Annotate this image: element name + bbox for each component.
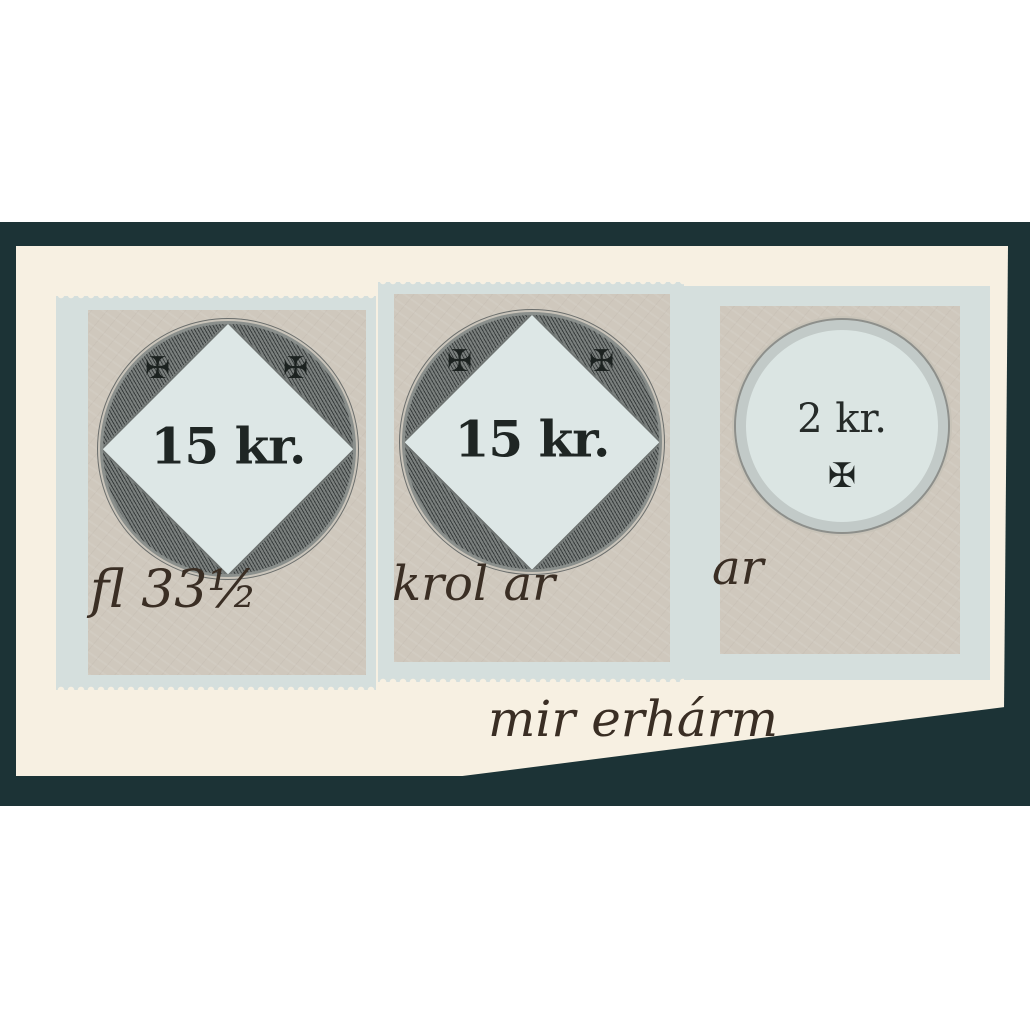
stamp-15kr-left: ✠ ✠ 15 kr. [56,296,376,690]
handwriting-word: ar [712,540,764,596]
stamp-value: 15 kr. [405,410,659,469]
stamp-15kr-middle: ✠ ✠ 15 kr. [378,282,684,682]
eagle-icon: ✠ [145,354,170,384]
stamp-2kr-right: 2 kr. ✠ [684,286,990,680]
stamp-field: 2 kr. ✠ [720,306,960,654]
handwriting-word: krol ar [392,556,555,612]
medallion: ✠ ✠ 15 kr. [402,312,662,572]
handwriting-amount: fl 33½ [90,560,258,620]
stamp-value: 15 kr. [103,417,353,476]
eagle-icon: ✠ [447,347,472,377]
stamp-field: ✠ ✠ 15 kr. [88,310,366,675]
handwriting-signature: mir erhárm [488,690,778,748]
eagle-icon: ✠ [589,347,614,377]
medallion: ✠ ✠ 15 kr. [100,321,356,577]
medallion: 2 kr. ✠ [734,318,950,534]
eagle-icon: ✠ [736,456,948,496]
eagle-icon: ✠ [283,354,308,384]
stamp-value: 2 kr. [736,396,948,442]
